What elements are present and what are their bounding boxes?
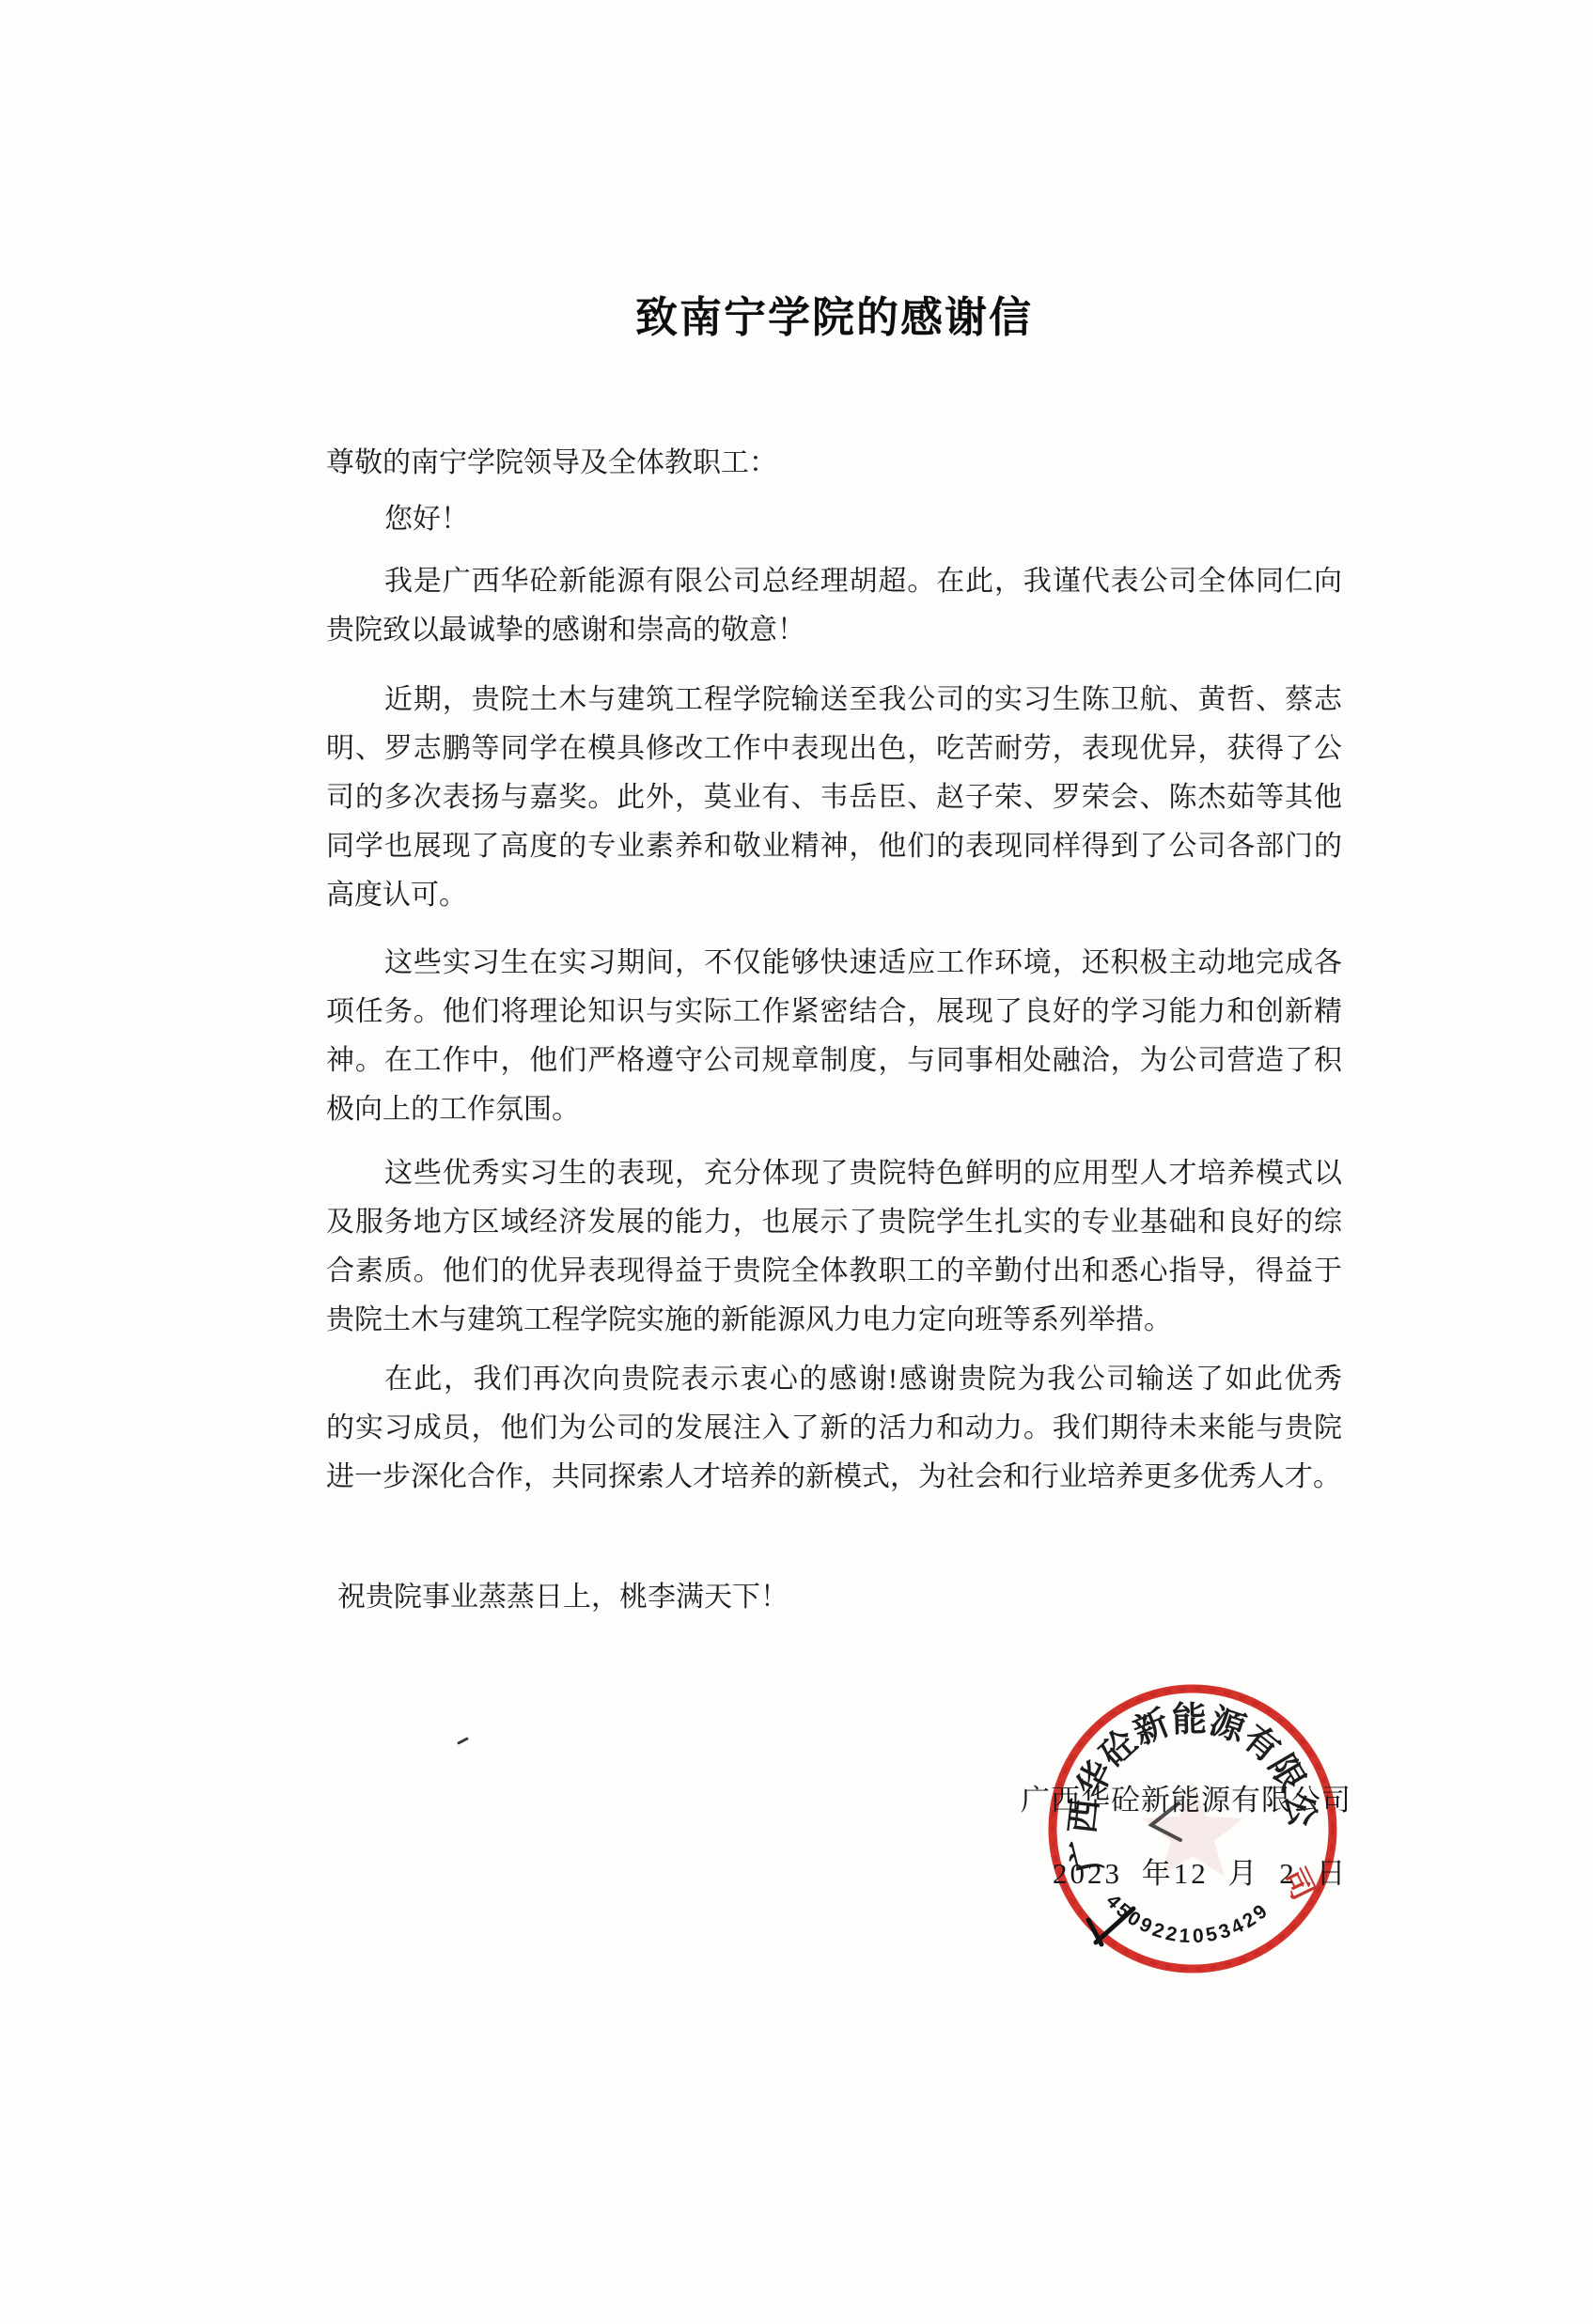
paragraph: 我是广西华砼新能源有限公司总经理胡超。在此，我谨代表公司全体同仁向 贵院致以最诚…	[326, 557, 1342, 655]
signature-company: 广西华砼新能源有限公司	[1021, 1776, 1351, 1818]
paragraph-line: 我是广西华砼新能源有限公司总经理胡超。在此，我谨代表公司全体同仁向	[326, 557, 1342, 606]
paragraph-line: 及服务地方区域经济发展的能力，也展示了贵院学生扎实的专业基础和良好的综	[326, 1198, 1342, 1247]
paragraph: 近期，贵院土木与建筑工程学院输送至我公司的实习生陈卫航、黄哲、蔡志 明、罗志鹏等…	[326, 676, 1342, 920]
paragraph: 这些实习生在实习期间，不仅能够快速适应工作环境，还积极主动地完成各 项任务。他们…	[326, 939, 1342, 1134]
seal-code: 4509221053429	[1101, 1890, 1273, 1947]
paragraph-line: 贵院土木与建筑工程学院实施的新能源风力电力定向班等系列举措。	[326, 1296, 1342, 1345]
page-title: 致南宁学院的感谢信	[326, 283, 1342, 344]
paragraph-line: 合素质。他们的优异表现得益于贵院全体教职工的辛勤付出和悉心指导，得益于	[326, 1247, 1342, 1296]
company-seal: 广西华砼新能源有限公 司 4509221053429	[1038, 1674, 1351, 1988]
stray-ink-mark	[457, 1737, 469, 1745]
letter-page: 致南宁学院的感谢信 尊敬的南宁学院领导及全体教职工： 您好！ 我是广西华砼新能源…	[0, 0, 1593, 2324]
paragraph-line: 极向上的工作氛围。	[326, 1085, 1342, 1134]
paragraph-line: 进一步深化合作，共同探索人才培养的新模式，为社会和行业培养更多优秀人才。	[326, 1453, 1342, 1502]
closing-wish: 祝贵院事业蒸蒸日上，桃李满天下！	[326, 1573, 1342, 1622]
paragraph: 这些优秀实习生的表现，充分体现了贵院特色鲜明的应用型人才培养模式以 及服务地方区…	[326, 1149, 1342, 1345]
paragraph-line: 的实习成员，他们为公司的发展注入了新的活力和动力。我们期待未来能与贵院	[326, 1404, 1342, 1453]
paragraph-line: 项任务。他们将理论知识与实际工作紧密结合，展现了良好的学习能力和创新精	[326, 988, 1342, 1037]
salutation: 尊敬的南宁学院领导及全体教职工：	[326, 439, 1342, 488]
paragraph-line: 在此，我们再次向贵院表示衷心的感谢!感谢贵院为我公司输送了如此优秀	[326, 1355, 1342, 1404]
paragraph-line: 贵院致以最诚挚的感谢和崇高的敬意！	[326, 606, 1342, 655]
company-seal-graphic: 广西华砼新能源有限公 司 4509221053429	[1038, 1674, 1351, 1988]
paragraph-line: 司的多次表扬与嘉奖。此外，莫业有、韦岳臣、赵子荣、罗荣会、陈杰茹等其他	[326, 773, 1342, 822]
paragraph-line: 这些实习生在实习期间，不仅能够快速适应工作环境，还积极主动地完成各	[326, 939, 1342, 988]
greeting-line: 您好！	[326, 495, 1342, 544]
signature-date: 2023 年12 月 2 日	[1053, 1849, 1349, 1892]
paragraph-line: 明、罗志鹏等同学在模具修改工作中表现出色，吃苦耐劳，表现优异，获得了公	[326, 725, 1342, 773]
svg-text:4509221053429: 4509221053429	[1101, 1890, 1273, 1947]
paragraph: 在此，我们再次向贵院表示衷心的感谢!感谢贵院为我公司输送了如此优秀 的实习成员，…	[326, 1355, 1342, 1502]
paragraph-line: 近期，贵院土木与建筑工程学院输送至我公司的实习生陈卫航、黄哲、蔡志	[326, 676, 1342, 725]
paragraph-line: 神。在工作中，他们严格遵守公司规章制度，与同事相处融洽，为公司营造了积	[326, 1037, 1342, 1085]
paragraph-line: 高度认可。	[326, 871, 1342, 920]
paragraph-line: 同学也展现了高度的专业素养和敬业精神，他们的表现同样得到了公司各部门的	[326, 822, 1342, 871]
paragraph-line: 这些优秀实习生的表现，充分体现了贵院特色鲜明的应用型人才培养模式以	[326, 1149, 1342, 1198]
